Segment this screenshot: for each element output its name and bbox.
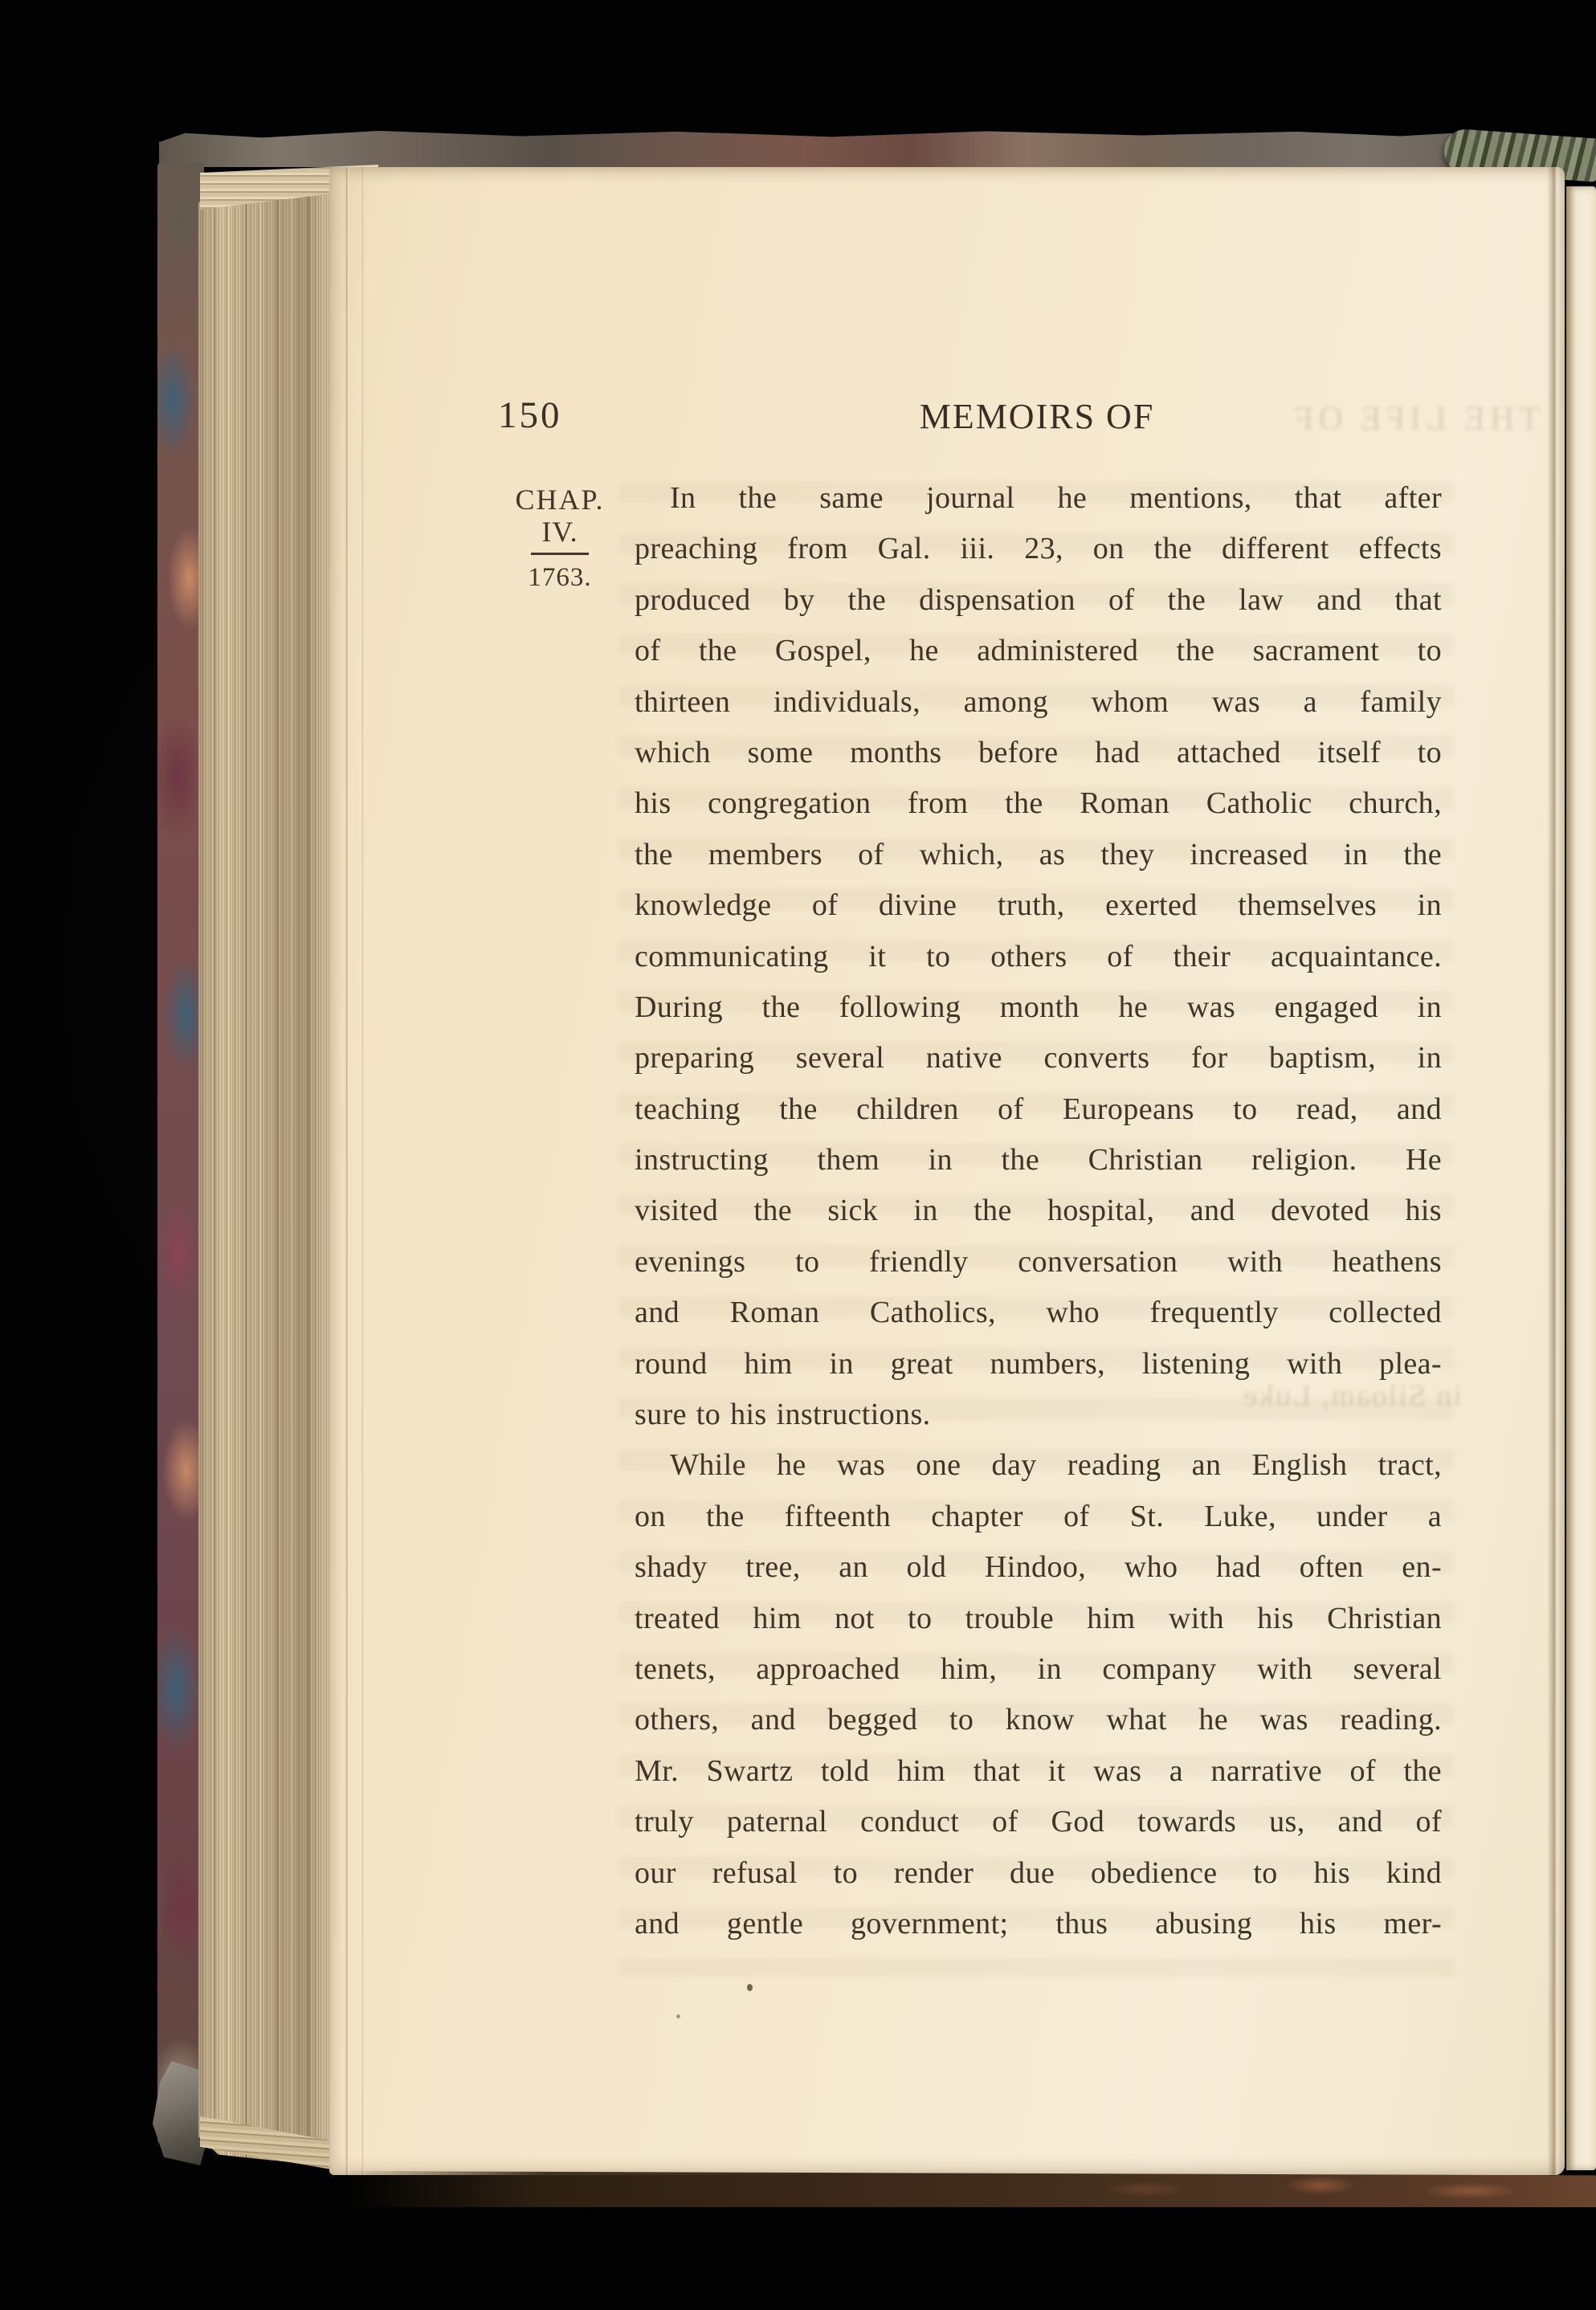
body-line: and gentle government; thus abusing his … [635, 1899, 1442, 1949]
body-line: visited the sick in the hospital, and de… [635, 1186, 1442, 1236]
body-line: and Roman Catholics, who frequently coll… [635, 1288, 1442, 1338]
bleedthrough-middle-text: in Siloam, Luke [916, 1372, 1462, 1420]
body-text: In the same journal he mentions, that af… [635, 473, 1442, 1949]
running-header: MEMOIRS OF [920, 397, 1155, 437]
body-line: which some months before had attached it… [635, 728, 1442, 778]
body-line: treated him not to trouble him with his … [635, 1594, 1442, 1644]
body-line: In the same journal he mentions, that af… [635, 473, 1442, 524]
book-page: 150 MEMOIRS OF THE LIFE OF CHAP. IV. 176… [329, 167, 1565, 2175]
body-line: shady tree, an old Hindoo, who had often… [635, 1542, 1442, 1593]
body-line: preaching from Gal. iii. 23, on the diff… [635, 524, 1442, 574]
book-photograph: 150 MEMOIRS OF THE LIFE OF CHAP. IV. 176… [0, 0, 1596, 2310]
body-line: evenings to friendly conversation with h… [635, 1237, 1442, 1288]
bleedthrough-header-text: THE LIFE OF [1162, 400, 1540, 439]
body-line: produced by the dispensation of the law … [635, 575, 1442, 626]
year-label: 1763. [500, 562, 620, 593]
chapter-margin-note: CHAP. IV. 1763. [500, 484, 620, 593]
body-line: truly paternal conduct of God towards us… [635, 1797, 1442, 1847]
body-line: of the Gospel, he administered the sacra… [635, 626, 1442, 676]
page-fore-edge-ridges [198, 166, 332, 2173]
body-line: communicating it to others of their acqu… [635, 932, 1442, 982]
body-line: knowledge of divine truth, exerted thems… [635, 880, 1442, 931]
body-line: others, and begged to know what he was r… [635, 1695, 1442, 1745]
body-line: preparing several native converts for ba… [635, 1033, 1442, 1084]
body-line: teaching the children of Europeans to re… [635, 1084, 1442, 1135]
book-cover-top-edge [159, 129, 1452, 167]
page-crease-left-1 [345, 167, 349, 2175]
body-line: While he was one day reading an English … [635, 1440, 1442, 1491]
page-fore-edges [198, 166, 332, 2173]
body-line: our refusal to render due obedience to h… [635, 1848, 1442, 1899]
body-line: on the fifteenth chapter of St. Luke, un… [635, 1492, 1442, 1542]
chapter-number: IV. [500, 516, 620, 548]
body-line: During the following month he was engage… [635, 982, 1442, 1033]
body-line: instructing them in the Christian religi… [635, 1135, 1442, 1186]
body-line: thirteen individuals, among whom was a f… [635, 677, 1442, 728]
ink-speck [747, 1984, 753, 1991]
body-line: tenets, approached him, in company with … [635, 1644, 1442, 1695]
adjacent-page-edge [1566, 186, 1596, 2170]
page-gutter-crease [1547, 167, 1560, 2175]
book-cover-bottom-edge [345, 2171, 1596, 2207]
ink-speck [676, 2014, 680, 2018]
chapter-rule [531, 553, 589, 555]
body-line: the members of which, as they increased … [635, 830, 1442, 880]
book-cover-marbled-left-edge [157, 162, 204, 2145]
body-line: his congregation from the Roman Catholic… [635, 778, 1442, 829]
page-number: 150 [498, 394, 562, 436]
body-line: Mr. Swartz told him that it was a narrat… [635, 1746, 1442, 1797]
chapter-label: CHAP. [500, 484, 620, 516]
page-crease-left-2 [361, 167, 365, 2175]
